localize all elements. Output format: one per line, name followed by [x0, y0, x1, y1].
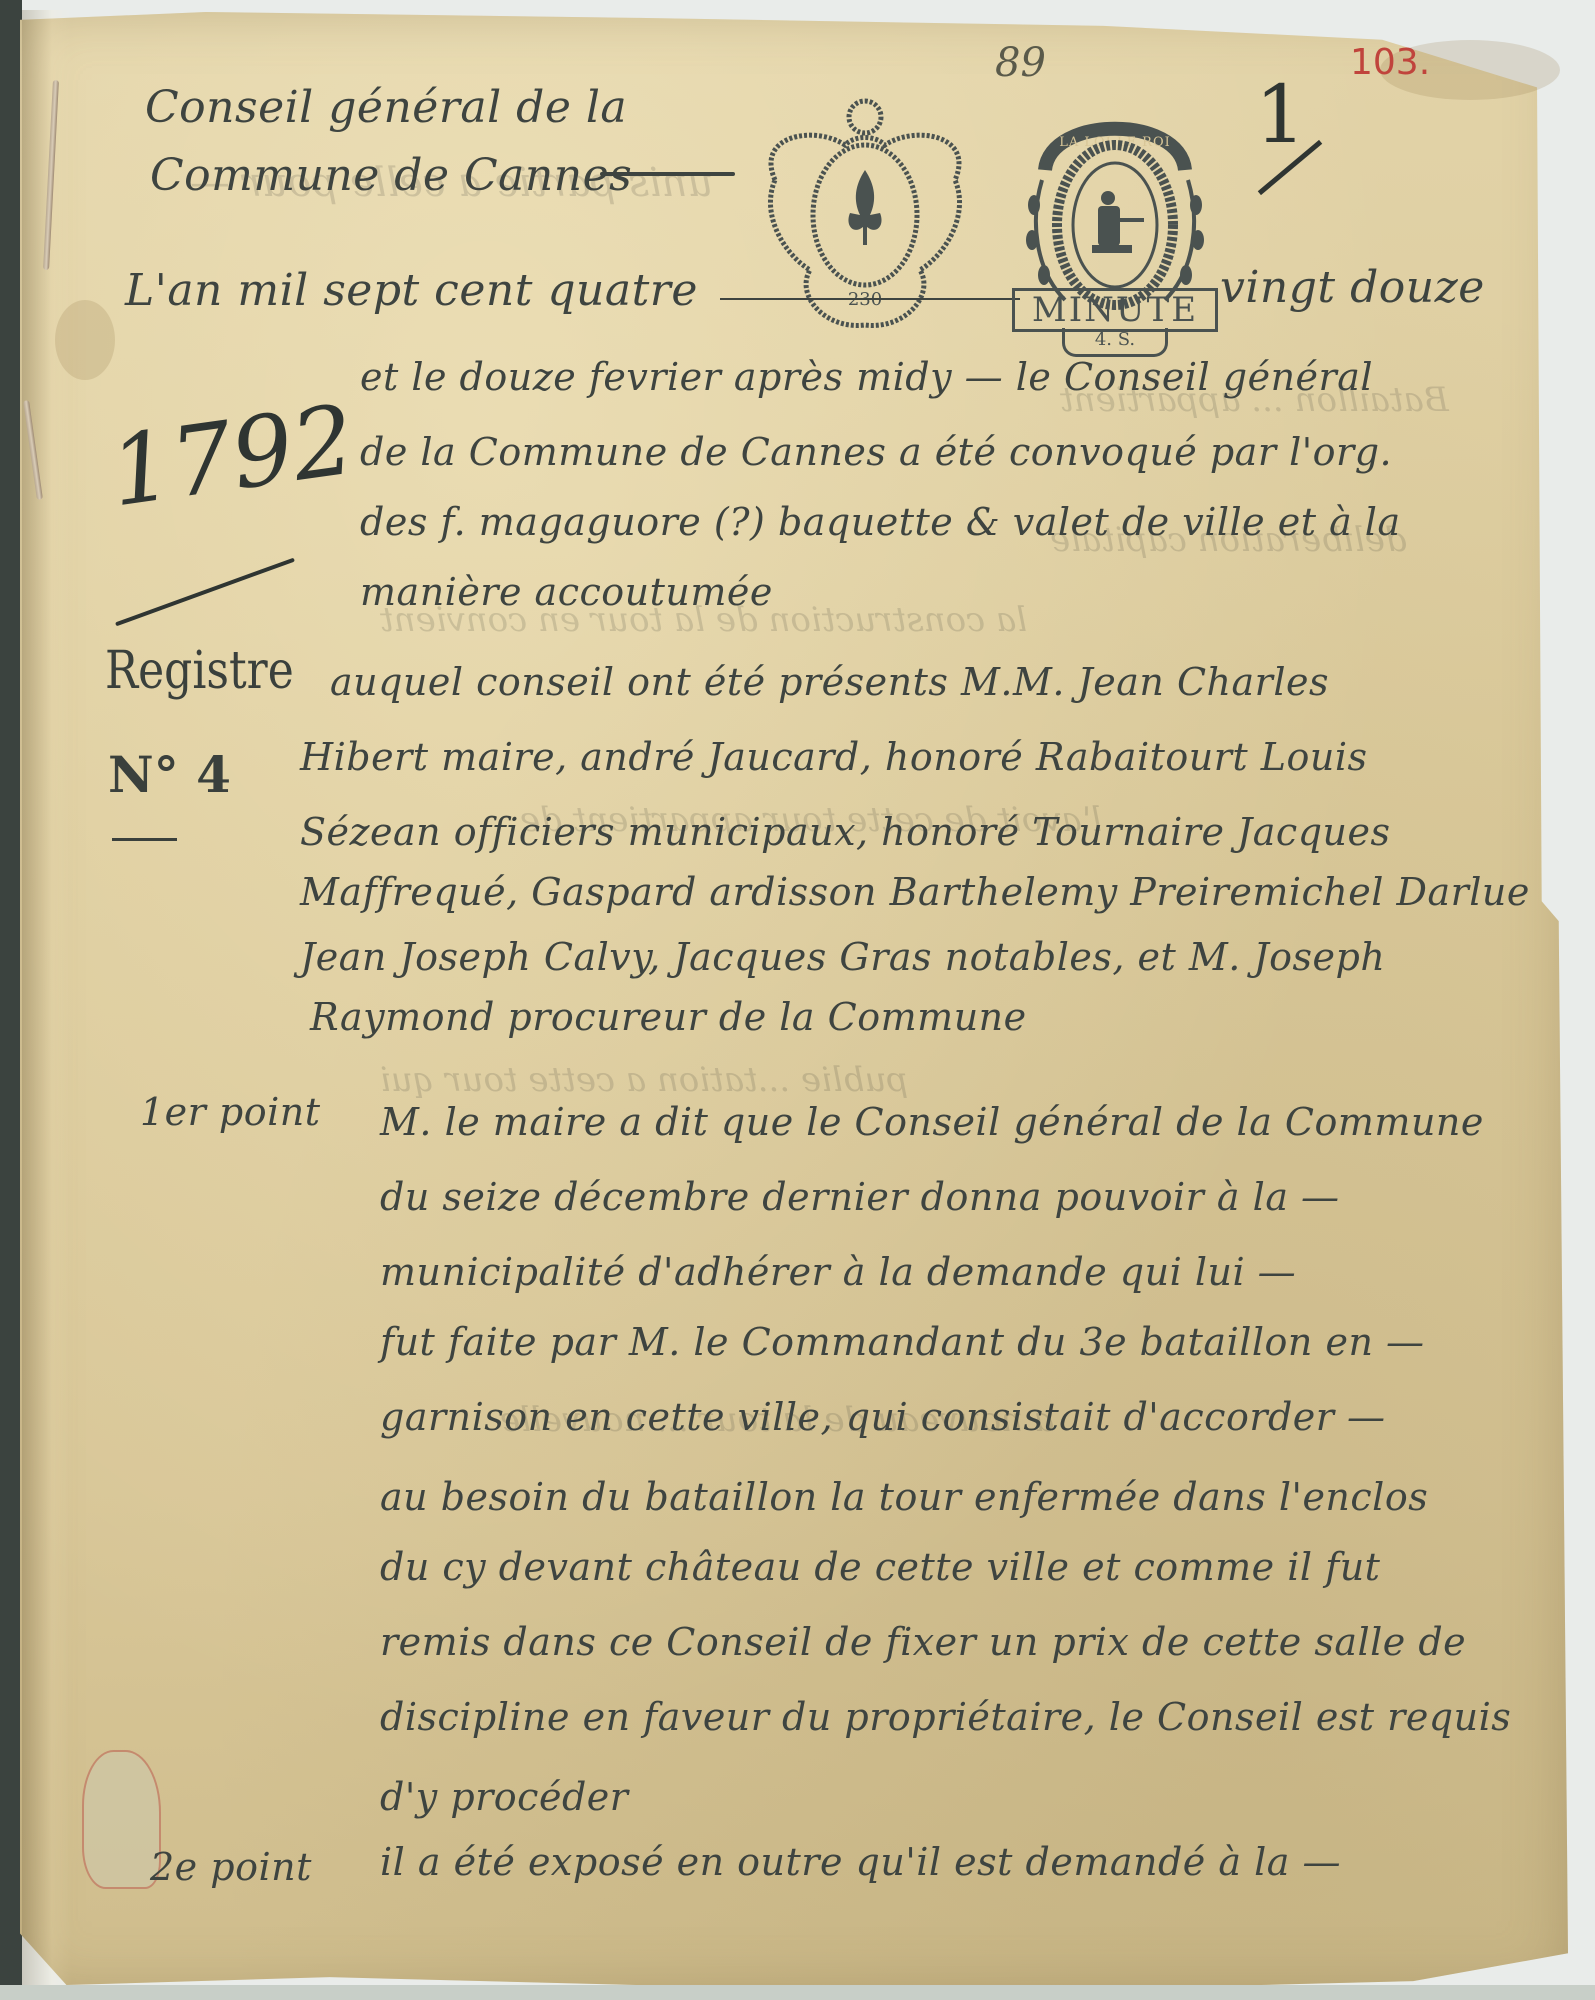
- scan-bottom-edge: [0, 1985, 1595, 2000]
- spine-fold: [22, 10, 72, 1990]
- attendees-line: Jean Joseph Calvy, Jacques Gras notables…: [300, 935, 1385, 979]
- opening-line: vingt douze: [1220, 262, 1485, 313]
- attendees-line: Sézean officiers municipaux, honoré Tour…: [300, 810, 1391, 854]
- minute-stamp-label: MINUTE: [1012, 288, 1218, 332]
- item2-margin-label: 2e point: [150, 1845, 312, 1889]
- opening-line: et le douze fevrier après midy — le Cons…: [360, 355, 1373, 399]
- attendees-line: Raymond procureur de la Commune: [310, 995, 1027, 1039]
- item1-line: garnison en cette ville, qui consistait …: [380, 1395, 1386, 1439]
- minute-stamp-sub: 4. S.: [1062, 328, 1168, 357]
- attendees-line: Maffrequé, Gaspard ardisson Barthelemy P…: [300, 870, 1530, 914]
- item1-line: fut faite par M. le Commandant du 3e bat…: [380, 1320, 1425, 1364]
- page-number: 1: [1255, 68, 1306, 161]
- folio-number-pencil: 89: [995, 40, 1046, 86]
- header-title-line1: Conseil général de la: [145, 82, 627, 133]
- item1-line: remis dans ce Conseil de fixer un prix d…: [380, 1620, 1466, 1664]
- item2-line: il a été exposé en outre qu'il est deman…: [380, 1840, 1341, 1884]
- royal-fleur-de-lis-stamp-icon: 230: [745, 95, 985, 340]
- stamp-connecting-line: [720, 298, 1020, 300]
- attendees-line: auquel conseil ont été présents M.M. Jea…: [330, 660, 1329, 704]
- header-title-line2: Commune de Cannes: [150, 150, 632, 201]
- item1-line: M. le maire a dit que le Conseil général…: [380, 1100, 1484, 1144]
- item1-line: au besoin du bataillon la tour enfermée …: [380, 1475, 1428, 1519]
- item1-line: d'y procéder: [380, 1775, 628, 1819]
- register-underline: [112, 838, 177, 841]
- opening-line: des f. magaguore (?) baquette & valet de…: [360, 500, 1401, 544]
- item1-line: du seize décembre dernier donna pouvoir …: [380, 1175, 1340, 1219]
- opening-line: L'an mil sept cent quatre: [125, 265, 698, 316]
- stain: [55, 300, 115, 380]
- item1-line: du cy devant château de cette ville et c…: [380, 1545, 1380, 1589]
- register-label: Registre: [105, 640, 294, 701]
- register-number: N° 4: [108, 745, 231, 804]
- header-underline: [600, 172, 735, 176]
- folio-number-red: 103.: [1350, 42, 1430, 83]
- attendees-line: Hibert maire, andré Jaucard, honoré Raba…: [300, 735, 1368, 779]
- item1-line: municipalité d'adhérer à la demande qui …: [380, 1250, 1296, 1294]
- bleed-through-text: publie ...tation a cette tour qui: [380, 1060, 908, 1100]
- opening-line: de la Commune de Cannes a été convoqué p…: [360, 430, 1392, 474]
- opening-line: manière accoutumée: [360, 570, 773, 614]
- item1-line: discipline en faveur du propriétaire, le…: [380, 1695, 1511, 1739]
- binding-edge: [0, 0, 22, 2000]
- item1-margin-label: 1er point: [140, 1090, 321, 1134]
